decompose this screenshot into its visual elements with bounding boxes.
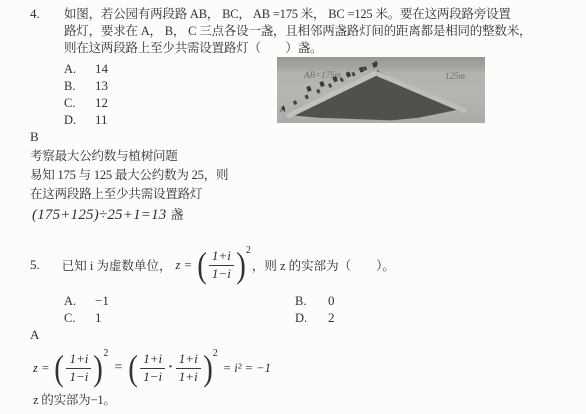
q5-option-a-label: A. (64, 294, 76, 309)
a5-fraction-2b: 1+i 1+i (176, 351, 201, 385)
a5-fraction-2a-denominator: 1−i (140, 368, 165, 385)
q5-option-b-label: B. (295, 294, 306, 309)
close-paren: ) (94, 352, 104, 384)
open-paren: ( (55, 352, 65, 384)
answer-5-formula-row: z = ( 1+i 1−i ) 2 = ( 1+i 1−i · 1+i 1+i … (33, 344, 271, 392)
q5-exponent: 2 (246, 245, 251, 256)
question-4-number: 4. (30, 6, 40, 22)
question-4-text-line-2: 路灯，要求在 A， B， C 三点各设一盏，且相邻两盏路灯间的距离都是相同的整数… (64, 23, 531, 40)
question-5-intro: 已知 i 为虚数单位， (62, 256, 172, 274)
q4-option-c-label: C. (64, 96, 75, 111)
q5-fraction-numerator: 1+i (209, 248, 234, 264)
equals-sign: = (114, 360, 122, 376)
a5-fraction-2a-numerator: 1+i (140, 351, 165, 367)
answer-4-formula-expression: (175+125)÷25+1=13 (32, 207, 167, 223)
document-page: 4. 如图，若公园有两段路 AB， BC， AB =175 米， BC =125… (0, 0, 586, 414)
multiplication-dot: · (168, 360, 173, 376)
q5-option-a-value: −1 (95, 293, 109, 309)
q5-fraction: 1+i 1−i (209, 248, 234, 282)
close-paren: ) (203, 352, 213, 384)
answer-4-letter: B (30, 129, 39, 145)
a5-exponent-2: 2 (213, 348, 218, 359)
question-4-text-line-3: 则在这两段路上至少共需设置路灯（ ）盏。 (64, 40, 322, 57)
a5-fraction-2b-denominator: 1+i (176, 368, 201, 385)
q5-fraction-denominator: 1−i (209, 265, 234, 282)
answer-4-line-3: 在这两段路上至少共需设置路灯 (30, 186, 202, 203)
a5-fraction-1-denominator: 1−i (66, 368, 91, 385)
answer-5-conclusion: z 的实部为−1。 (33, 392, 116, 409)
answer-4-formula: (175+125)÷25+1=13 盏 (32, 204, 184, 224)
a5-fraction-1: 1+i 1−i (66, 351, 91, 385)
q4-option-c-value: 12 (95, 95, 108, 111)
a5-z-equals: z = (33, 361, 49, 376)
question-5-tail: ，则 z 的实部为（ ）。 (252, 256, 395, 274)
answer-4-line-2: 易知 175 与 125 最大公约数为 25，则 (30, 167, 228, 184)
q4-option-b-label: B. (64, 79, 75, 94)
question-5-number: 5. (30, 257, 40, 273)
q4-option-d-value: 11 (95, 112, 108, 128)
answer-4-line-1: 考察最大公约数与植树问题 (30, 148, 178, 165)
q5-option-b-value: 0 (328, 293, 335, 309)
q4-option-a-value: 14 (95, 61, 108, 77)
open-paren: ( (128, 352, 138, 384)
question-5-row: 5. 已知 i 为虚数单位， z = ( 1+i 1−i ) 2 ，则 z 的实… (30, 240, 395, 290)
a5-fraction-2b-numerator: 1+i (176, 351, 201, 367)
photo-label-point-a: A (280, 104, 286, 114)
q5-option-c-value: 1 (95, 310, 102, 326)
photo-label-ab: AB=175m (304, 70, 341, 80)
photo-label-bc: 125m (445, 71, 465, 81)
answer-5-letter: A (30, 327, 39, 343)
open-paren: ( (197, 249, 207, 281)
a5-result: = i² = −1 (223, 361, 271, 376)
q5-option-c-label: C. (64, 311, 75, 326)
q4-option-d-label: D. (64, 113, 76, 128)
question-4-text-line-1: 如图，若公园有两段路 AB， BC， AB =175 米， BC =125 米。… (64, 6, 511, 23)
q5-z-equals: z = (175, 258, 191, 273)
a5-fraction-1-numerator: 1+i (66, 351, 91, 367)
a5-exponent-1: 2 (103, 348, 108, 359)
q4-option-b-value: 13 (95, 78, 108, 94)
q5-option-d-label: D. (295, 311, 307, 326)
park-aerial-photo: AB=175m 125m A (277, 57, 485, 123)
close-paren: ) (236, 249, 246, 281)
q4-option-a-label: A. (64, 62, 76, 77)
answer-4-formula-unit: 盏 (170, 207, 183, 222)
a5-fraction-2a: 1+i 1−i (140, 351, 165, 385)
q5-option-d-value: 2 (328, 310, 335, 326)
